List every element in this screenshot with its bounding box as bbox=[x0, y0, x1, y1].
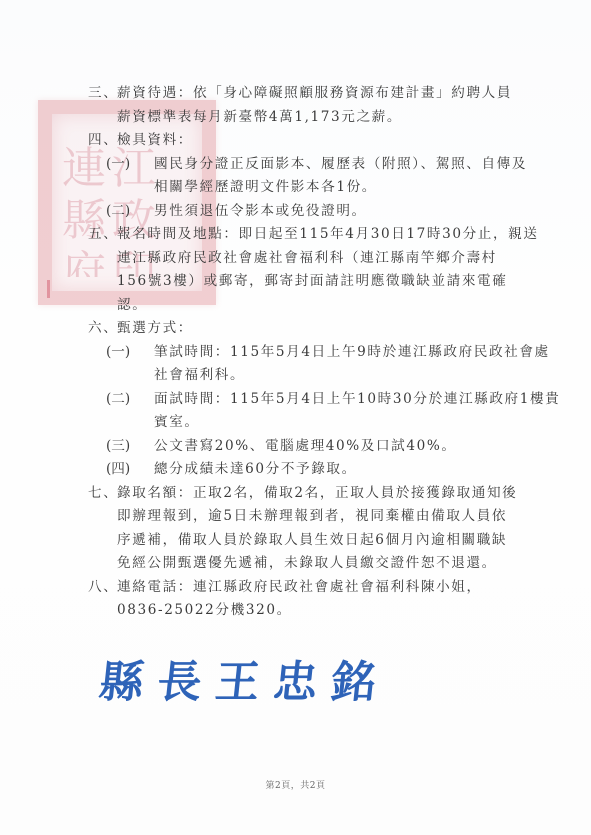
item-number: (二) bbox=[106, 200, 154, 224]
section-number: 六、 bbox=[88, 317, 117, 341]
section-8-line: 0836-25022分機320。 bbox=[88, 599, 528, 623]
section-text: 檢具資料： bbox=[117, 132, 193, 148]
section-7-line: 即辦理報到，逾5日未辦理報到者，視同棄權由備取人員依 bbox=[88, 505, 528, 529]
section-4-item-2: (二)男性須退伍令影本或免役證明。 bbox=[88, 200, 528, 224]
section-text: 甄選方式： bbox=[117, 320, 193, 336]
section-number: 三、 bbox=[88, 82, 117, 106]
section-3-line: 三、薪資待遇：依「身心障礙照顧服務資源布建計畫」約聘人員 bbox=[88, 82, 528, 106]
section-6-item-1: (一)筆試時間：115年5月4日上午9時於連江縣政府民政社會處 bbox=[88, 341, 528, 365]
item-number: (一) bbox=[106, 153, 154, 177]
section-6-line: 六、甄選方式： bbox=[88, 317, 528, 341]
section-6-item-2: (二)面試時間：115年5月4日上午10時30分於連江縣政府1樓貴 bbox=[88, 388, 528, 412]
section-text: 錄取名額：正取2名，備取2名，正取人員於接獲錄取通知後 bbox=[117, 485, 517, 501]
item-text: 公文書寫20%、電腦處理40%及口試40%。 bbox=[154, 438, 457, 454]
item-number: (四) bbox=[106, 458, 154, 482]
page-footer: 第2頁，共2頁 bbox=[0, 778, 591, 791]
section-8-line: 八、連絡電話：連江縣政府民政社會處社會福利科陳小姐， bbox=[88, 576, 528, 600]
section-number: 八、 bbox=[88, 576, 117, 600]
section-5-line: 五、報名時間及地點：即日起至115年4月30日17時30分止，親送 bbox=[88, 223, 528, 247]
section-5-line: 認。 bbox=[88, 294, 528, 318]
item-text: 國民身分證正反面影本、履歷表（附照）、駕照、自傳及 bbox=[154, 156, 527, 172]
item-text: 筆試時間：115年5月4日上午9時於連江縣政府民政社會處 bbox=[154, 344, 550, 360]
item-number: (二) bbox=[106, 388, 154, 412]
section-7-line: 七、錄取名額：正取2名，備取2名，正取人員於接獲錄取通知後 bbox=[88, 482, 528, 506]
section-5-line: 連江縣政府民政社會處社會福利科（連江縣南竿鄉介壽村 bbox=[88, 247, 528, 271]
section-5-line: 156號3樓）或郵寄，郵寄封面請註明應徵職缺並請來電確 bbox=[88, 270, 528, 294]
section-6-item-2-cont: 賓室。 bbox=[88, 411, 528, 435]
item-text: 男性須退伍令影本或免役證明。 bbox=[154, 203, 367, 219]
section-7-line: 序遞補，備取人員於錄取人員生效日起6個月內逾相關職缺 bbox=[88, 529, 528, 553]
section-text: 連絡電話：連江縣政府民政社會處社會福利科陳小姐， bbox=[117, 579, 482, 595]
stamp-mark bbox=[47, 280, 50, 298]
section-number: 四、 bbox=[88, 129, 117, 153]
section-4-item-1-cont: 相關學經歷證明文件影本各1份。 bbox=[88, 176, 528, 200]
item-text: 面試時間：115年5月4日上午10時30分於連江縣政府1樓貴 bbox=[154, 391, 560, 407]
section-4-line: 四、檢具資料： bbox=[88, 129, 528, 153]
section-number: 七、 bbox=[88, 482, 117, 506]
section-text: 薪資待遇：依「身心障礙照顧服務資源布建計畫」約聘人員 bbox=[117, 85, 512, 101]
section-number: 五、 bbox=[88, 223, 117, 247]
document-body: 三、薪資待遇：依「身心障礙照顧服務資源布建計畫」約聘人員 薪資標準表每月新臺幣4… bbox=[88, 82, 528, 623]
item-number: (三) bbox=[106, 435, 154, 459]
section-6-item-4: (四)總分成績未達60分不予錄取。 bbox=[88, 458, 528, 482]
document-page: 連 江 縣 政 府 印 三、薪資待遇：依「身心障礙照顧服務資源布建計畫」約聘人員… bbox=[0, 0, 591, 835]
section-6-item-1-cont: 社會福利科。 bbox=[88, 364, 528, 388]
item-number: (一) bbox=[106, 341, 154, 365]
section-7-line: 免經公開甄選優先遞補，未錄取人員繳交證件恕不退還。 bbox=[88, 552, 528, 576]
section-6-item-3: (三)公文書寫20%、電腦處理40%及口試40%。 bbox=[88, 435, 528, 459]
section-text: 報名時間及地點：即日起至115年4月30日17時30分止，親送 bbox=[117, 226, 539, 242]
section-4-item-1: (一)國民身分證正反面影本、履歷表（附照）、駕照、自傳及 bbox=[88, 153, 528, 177]
item-text: 總分成績未達60分不予錄取。 bbox=[154, 461, 357, 477]
section-3-line: 薪資標準表每月新臺幣4萬1,173元之薪。 bbox=[88, 106, 528, 130]
magistrate-signature: 縣長王忠銘 bbox=[97, 646, 394, 710]
